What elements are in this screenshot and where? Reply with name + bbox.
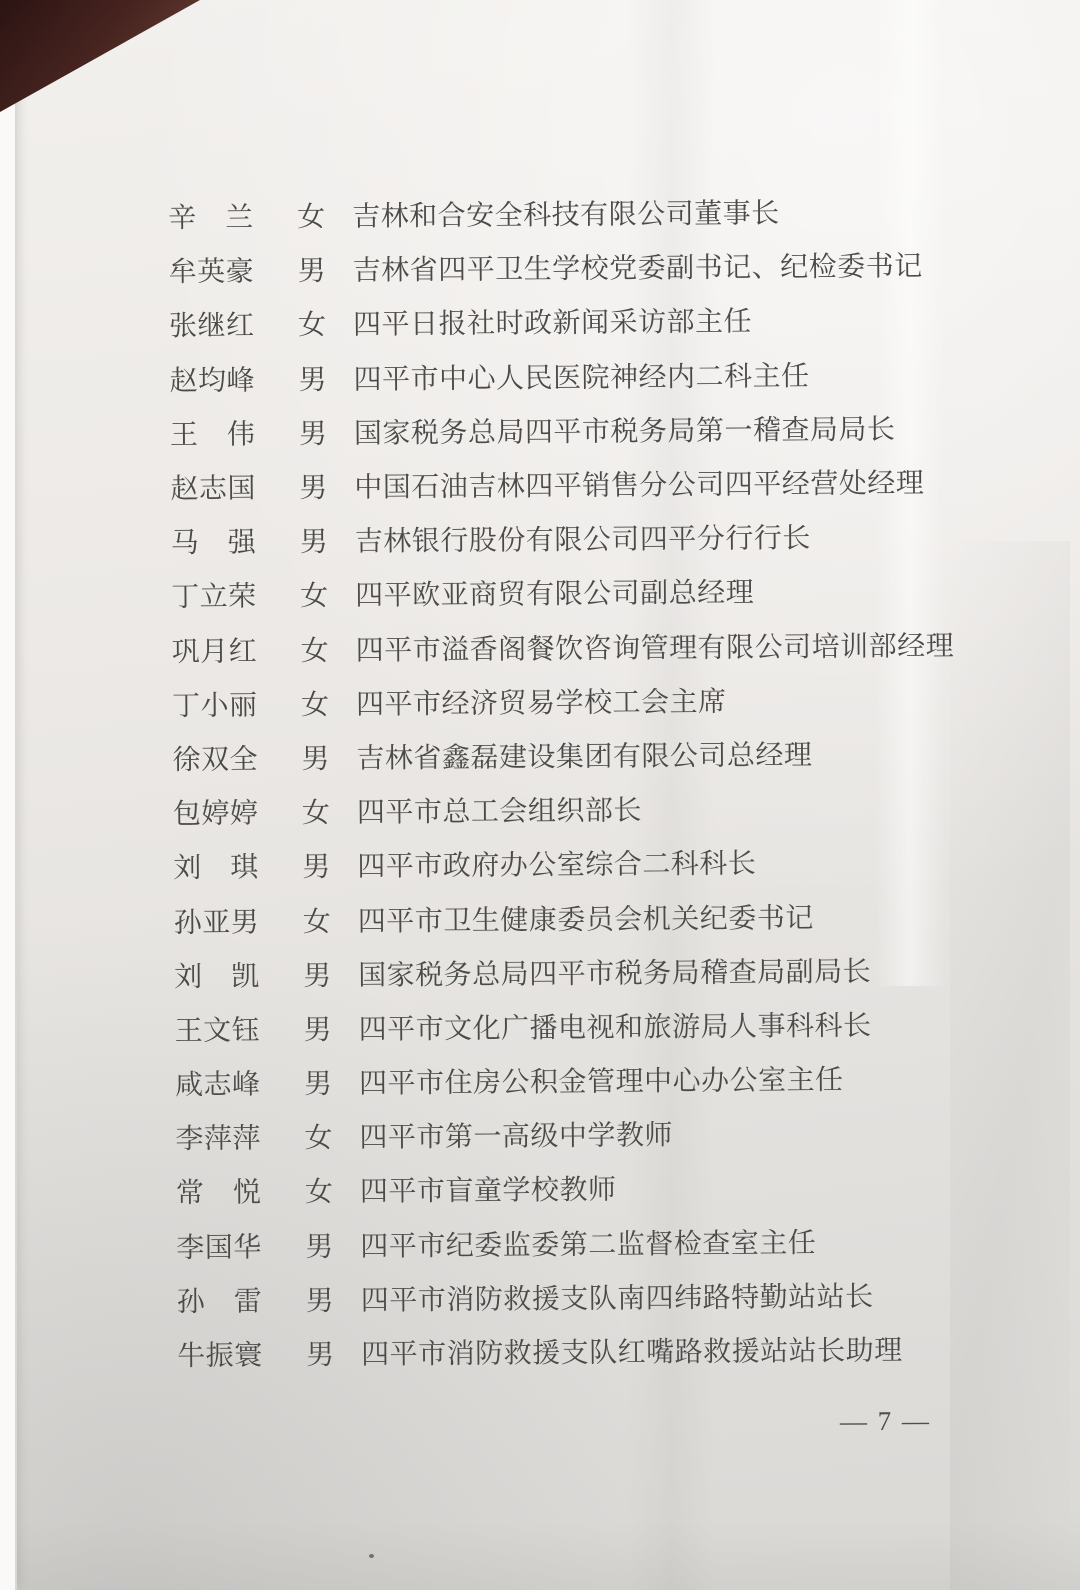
name-cell: 马 强 [171,521,259,562]
table-row: 巩月红 女 四平市溢香阁餐饮咨询管理有限公司培训部经理 [171,616,971,676]
table-row: 辛 兰 女 吉林和合安全科技有限公司董事长 [168,183,968,243]
gender-cell: 女 [299,574,329,614]
table-row: 张继红 女 四平日报社时政新闻采访部主任 [169,291,969,351]
title-cell: 四平市消防救援支队红嘴路救援站站长助理 [361,1328,903,1372]
table-row: 刘 琪 男 四平市政府办公室综合二科科长 [173,833,973,893]
table-row: 丁小丽 女 四平市经济贸易学校工会主席 [172,671,972,731]
name-cell: 刘 琪 [173,846,261,887]
table-row: 包婷婷 女 四平市总工会组织部长 [173,779,973,839]
title-cell: 国家税务总局四平市税务局稽查局副局长 [358,949,871,993]
under-page-edge [0,28,17,1590]
title-cell: 四平市经济贸易学校工会主席 [356,680,727,723]
gender-cell: 女 [303,1116,333,1156]
title-cell: 四平市卫生健康委员会机关纪委书记 [358,896,814,940]
title-cell: 四平欧亚商贸有限公司副总经理 [355,571,754,614]
name-cell: 丁小丽 [172,683,260,724]
table-row: 李萍萍 女 四平市第一高级中学教师 [175,1104,975,1164]
roster-list: 辛 兰 女 吉林和合安全科技有限公司董事长 牟英豪 男 吉林省四平卫生学校党委副… [168,183,977,1381]
gender-cell: 男 [305,1279,335,1319]
name-cell: 王 伟 [170,412,258,453]
name-cell: 李国华 [176,1225,264,1266]
gender-cell: 男 [303,1062,333,1102]
name-cell: 包婷婷 [173,792,261,833]
name-cell: 孙亚男 [174,900,262,941]
title-cell: 四平市中心人民医院神经内二科主任 [353,354,809,398]
gender-cell: 女 [300,683,330,723]
title-cell: 吉林银行股份有限公司四平分行行长 [355,516,811,560]
table-row: 孙 雷 男 四平市消防救援支队南四纬路特勤站站长 [177,1267,977,1327]
table-row: 孙亚男 女 四平市卫生健康委员会机关纪委书记 [174,887,974,947]
name-cell: 牟英豪 [168,250,256,291]
table-row: 赵均峰 男 四平市中心人民医院神经内二科主任 [169,345,969,405]
gender-cell: 女 [297,303,327,343]
gender-cell: 男 [297,358,327,398]
table-row: 刘 凯 男 国家税务总局四平市税务局稽查局副局长 [174,941,974,1001]
table-row: 牟英豪 男 吉林省四平卫生学校党委副书记、纪检委书记 [168,237,968,297]
paper-speck [369,1554,374,1558]
paper-crease [0,1520,1080,1590]
title-cell: 四平市文化广播电视和旅游局人事科科长 [358,1004,871,1048]
title-cell: 四平市消防救援支队南四纬路特勤站站长 [361,1274,874,1318]
gender-cell: 女 [296,195,326,235]
title-cell: 吉林省鑫磊建设集团有限公司总经理 [356,733,812,777]
gender-cell: 男 [301,845,331,885]
name-cell: 常 悦 [176,1171,264,1212]
title-cell: 四平市总工会组织部长 [357,789,642,831]
title-cell: 四平市纪委监委第二监督检查室主任 [360,1221,816,1265]
gender-cell: 女 [302,899,332,939]
name-cell: 徐双全 [172,737,260,778]
title-cell: 四平市溢香阁餐饮咨询管理有限公司培训部经理 [355,624,954,669]
page-number: — 7 — [840,1406,931,1438]
title-cell: 吉林省四平卫生学校党委副书记、纪检委书记 [352,244,922,288]
name-cell: 刘 凯 [174,954,262,995]
gender-cell: 男 [302,954,332,994]
name-cell: 咸志峰 [175,1063,263,1104]
title-cell: 四平市盲童学校教师 [360,1168,617,1210]
name-cell: 丁立荣 [171,575,259,616]
table-row: 李国华 男 四平市纪委监委第二监督检查室主任 [176,1212,976,1272]
table-row: 赵志国 男 中国石油吉林四平销售分公司四平经营处经理 [170,454,970,514]
table-row: 王文钰 男 四平市文化广播电视和旅游局人事科科长 [174,996,974,1056]
name-cell: 赵均峰 [169,358,257,399]
table-row: 常 悦 女 四平市盲童学校教师 [176,1158,976,1218]
table-row: 丁立荣 女 四平欧亚商贸有限公司副总经理 [171,562,971,622]
table-row: 徐双全 男 吉林省鑫磊建设集团有限公司总经理 [172,725,972,785]
name-cell: 巩月红 [171,629,259,670]
gender-cell: 男 [298,412,328,452]
title-cell: 四平市政府办公室综合二科科长 [357,842,756,885]
title-cell: 四平市第一高级中学教师 [359,1113,673,1155]
gender-cell: 女 [299,628,329,668]
title-cell: 中国石油吉林四平销售分公司四平经营处经理 [354,461,924,505]
table-row: 王 伟 男 国家税务总局四平市税务局第一稽查局局长 [170,400,970,460]
gender-cell: 女 [301,791,331,831]
name-cell: 赵志国 [170,466,258,507]
photo-of-document: 辛 兰 女 吉林和合安全科技有限公司董事长 牟英豪 男 吉林省四平卫生学校党委副… [0,0,1080,1590]
gender-cell: 男 [300,737,330,777]
name-cell: 牛振寰 [177,1333,265,1374]
title-cell: 吉林和合安全科技有限公司董事长 [352,191,780,234]
gender-cell: 男 [299,520,329,560]
title-cell: 四平市住房公积金管理中心办公室主任 [359,1058,844,1102]
table-row: 马 强 男 吉林银行股份有限公司四平分行行长 [171,508,971,568]
name-cell: 王文钰 [174,1008,262,1049]
gender-cell: 女 [304,1170,334,1210]
gender-cell: 男 [298,466,328,506]
paper-page: 辛 兰 女 吉林和合安全科技有限公司董事长 牟英豪 男 吉林省四平卫生学校党委副… [0,0,1080,1590]
title-cell: 四平日报社时政新闻采访部主任 [353,300,752,343]
name-cell: 辛 兰 [168,196,256,237]
gender-cell: 男 [302,1008,332,1048]
gender-cell: 男 [304,1225,334,1265]
title-cell: 国家税务总局四平市税务局第一稽查局局长 [354,407,896,451]
name-cell: 李萍萍 [175,1117,263,1158]
gender-cell: 男 [296,249,326,289]
name-cell: 孙 雷 [177,1279,265,1320]
table-row: 牛振寰 男 四平市消防救援支队红嘴路救援站站长助理 [177,1321,977,1381]
name-cell: 张继红 [169,304,257,345]
gender-cell: 男 [305,1333,335,1373]
table-row: 咸志峰 男 四平市住房公积金管理中心办公室主任 [175,1050,975,1110]
